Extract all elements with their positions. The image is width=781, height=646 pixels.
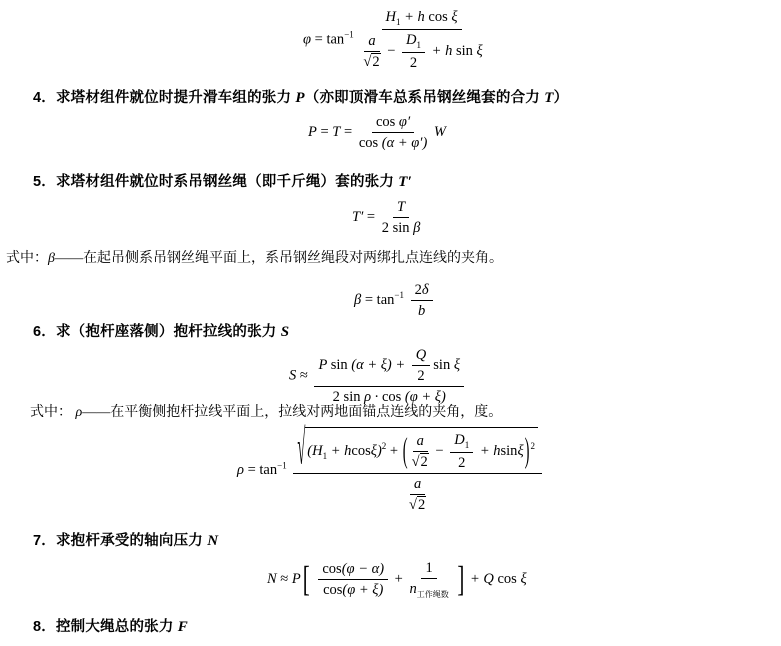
section-heading-5: 5．求塔材组件就位时系吊钢丝绳（即千斤绳）套的张力 T′ [33,170,412,191]
var-D: D [454,432,464,448]
section-heading-6: 6．求（抱杆座落侧）抱杆拉线的张力 S [33,320,289,341]
tan-function: tan [377,292,395,308]
fraction-a-sqrt2: a√2 [409,475,426,514]
sin-function: sin [393,220,414,236]
right-paren: ) [525,430,530,474]
subscript-1: 1 [417,40,422,50]
inverse-exponent: −1 [394,290,404,300]
section-heading-7: 7．求抱杆承受的轴向压力 N [33,529,218,550]
main-fraction: P sin (α + ξ) + Q2sin ξ 2 sin ρ · cos (φ… [314,346,464,406]
document-page: φ = tan−1 H1 + h cos ξ a√2 − D12 + h sin… [0,0,781,646]
heading-text: ） [554,90,569,106]
term: + Q [466,571,497,587]
var-T: T [397,199,405,215]
term: (H [307,443,322,459]
term: (α + ξ) + [351,357,409,373]
denominator: √2 [409,495,426,514]
numerator: Q [412,346,430,366]
var-N: N [267,571,277,587]
left-bracket: [ [303,558,310,601]
cos-function: cos [428,9,447,25]
term: + h [327,443,351,459]
var-xi: ξ) [371,443,382,459]
fraction-Q-2: Q2 [412,346,430,385]
subscript-working-ropes: 工作绳数 [417,590,449,599]
fraction-rope-count: 1 n工作绳数 [409,559,448,600]
var-N: N [207,533,218,549]
denominator: 2 [417,366,424,385]
fraction-cos-cos: cos(φ − α) cos(φ + ξ) [318,560,388,599]
var-a: a [368,33,375,49]
sin-function: sin [501,443,518,459]
inverse-exponent: −1 [277,460,287,470]
formula-p: P = T = cos φ′ cos (α + φ′) W [308,113,446,152]
note-rho: 式中： ρ——在平衡侧抱杆拉线平面上，拉线对两地面锚点连线的夹角，度。 [30,401,502,421]
var-P: P [295,90,304,106]
main-fraction: 2δ b [411,281,433,320]
tan-function: tan [259,462,277,478]
cos-function: cos [351,443,370,459]
note-text: ——在平衡侧抱杆拉线平面上，拉线对两地面锚点连线的夹角，度。 [82,405,502,420]
minus-sign: − [384,43,399,59]
term: + h [428,43,456,59]
radical-symbol: √ [409,497,417,513]
var-beta: β [48,251,55,266]
var-S: S [281,324,290,340]
numerator: cos φ′ [372,113,414,133]
note-text: 式中： [6,251,48,266]
term: + h [400,9,428,25]
var-T-prime: T′ [398,174,412,190]
coefficient: 2 [382,220,393,236]
denominator: a√2 − D12 + h sin ξ [360,30,482,72]
formula-rho: ρ = tan−1 √(H1 + hcosξ)2 + (a√2 − D12 + … [237,427,545,515]
equals-sign: = [311,32,326,48]
numerator: a [410,475,425,495]
numerator: √(H1 + hcosξ)2 + (a√2 − D12 + hsinξ)2 [293,427,542,474]
denominator: n工作绳数 [409,579,448,600]
sin-function: sin [456,43,473,59]
term: + h [476,443,500,459]
equals-sign: = [340,124,355,140]
var-xi: ξ [473,43,483,59]
denominator: cos (α + φ′) [359,133,427,152]
main-fraction: √(H1 + hcosξ)2 + (a√2 − D12 + hsinξ)2 a√… [293,427,542,515]
var-b: b [418,303,425,319]
cos-function: cos [359,135,382,151]
phi-symbol: φ [303,32,311,48]
var-F: F [178,619,188,635]
var-W: W [434,124,446,140]
denominator: √2 [363,52,380,71]
cos-function: cos [323,582,342,598]
var-n: n [409,581,416,597]
denominator: a√2 [406,474,429,514]
heading-text: 8．控制大绳总的张力 [33,619,178,635]
numerator: a [413,432,428,452]
formula-n: N ≈ P[ cos(φ − α) cos(φ + ξ) + 1 n工作绳数 ]… [267,559,527,600]
note-text: ——在起吊侧系吊钢丝绳平面上，系吊钢丝绳段对两绑扎点连线的夹角。 [55,251,503,266]
denominator: 2 [458,453,465,472]
note-beta: 式中：β——在起吊侧系吊钢丝绳平面上，系吊钢丝绳段对两绑扎点连线的夹角。 [6,247,503,267]
radicand: 2 [417,496,426,513]
var-T: T [544,90,553,106]
formula-s: S ≈ P sin (α + ξ) + Q2sin ξ 2 sin ρ · co… [289,346,467,406]
var-a: a [414,476,421,492]
numerator: 2δ [411,281,433,301]
formula-beta: β = tan−1 2δ b [354,281,436,320]
denominator: 2 sin β [382,218,421,237]
fraction-D1-2: D12 [450,431,473,472]
right-bracket: ] [457,558,464,601]
denominator: √2 [412,452,429,471]
radicand: 2 [371,53,380,70]
heading-text: （亦即顶滑车总系吊钢丝绳套的合力 [305,90,544,106]
var-xi: ξ [448,9,458,25]
var-Q: Q [416,347,426,363]
approx-sign: ≈ [296,368,311,384]
numerator: T [393,198,409,218]
denominator: 2 [410,53,417,72]
approx-sign: ≈ [277,571,292,587]
denominator: b [418,301,425,320]
numerator: D1 [450,431,473,453]
equals-sign: = [244,462,259,478]
heading-text: 7．求抱杆承受的轴向压力 [33,533,207,549]
var-P: P [318,357,330,373]
fraction-a-sqrt2: a√2 [412,432,429,471]
sin-function: sin [331,357,352,373]
equals-sign: = [361,292,376,308]
numerator: D1 [402,31,425,53]
numerator: H1 + h cos ξ [382,8,462,30]
coefficient: 2 [415,282,422,298]
formula-phi: φ = tan−1 H1 + h cos ξ a√2 − D12 + h sin… [303,8,486,72]
equals-sign: = [363,209,378,225]
var-T-prime: T′ [352,209,363,225]
cos-function: cos [376,114,399,130]
minus-sign: − [432,443,447,459]
sin-function: sin [433,357,450,373]
var-H: H [386,9,396,25]
numerator: a [364,32,379,52]
section-heading-4: 4．求塔材组件就位时提升滑车组的张力 P（亦即顶滑车总系吊钢丝绳套的合力 T） [33,86,568,107]
main-fraction: H1 + h cos ξ a√2 − D12 + h sin ξ [360,8,482,72]
var-phi-prime: φ′ [399,114,410,130]
var-xi: ξ [450,357,460,373]
section-heading-8: 8．控制大绳总的张力 F [33,615,188,636]
main-fraction: cos φ′ cos (α + φ′) [359,113,427,152]
var-delta: δ [422,282,429,298]
square-exponent: 2 [531,441,536,451]
var-beta: β [413,220,420,236]
var-P: P [292,571,301,587]
tan-function: tan [326,32,344,48]
note-text: 式中： [30,405,76,420]
radical-symbol: √ [297,419,305,481]
fraction-D1-2: D12 [402,31,425,72]
angle-sum: (φ + ξ) [342,582,383,598]
radicand: (H1 + hcosξ)2 + (a√2 − D12 + hsinξ)2 [305,427,538,472]
heading-text: 5．求塔材组件就位时系吊钢丝绳（即千斤绳）套的张力 [33,174,398,190]
var-rho: ρ [237,462,244,478]
plus-sign: + [395,571,407,587]
plus-sign: + [386,443,401,459]
var-xi: ξ [520,571,526,587]
denominator: cos(φ + ξ) [323,580,383,599]
left-paren: ( [403,430,408,474]
equals-sign: = [317,124,332,140]
var-a: a [417,433,424,449]
heading-text: 4．求塔材组件就位时提升滑车组的张力 [33,90,295,106]
radicand: 2 [420,453,429,470]
inverse-exponent: −1 [344,30,354,40]
cos-function: cos [498,571,521,587]
angle-sum: (α + φ′) [382,135,428,151]
angle-diff: (φ − α) [342,561,384,577]
subscript-1: 1 [465,440,470,450]
var-P: P [308,124,317,140]
fraction-a-sqrt2: a√2 [363,32,380,71]
var-xi: ξ [517,443,523,459]
numerator: P sin (α + ξ) + Q2sin ξ [314,346,464,387]
heading-text: 6．求（抱杆座落侧）抱杆拉线的张力 [33,324,281,340]
numerator: 1 [421,559,436,579]
formula-t-prime: T′ = T 2 sin β [352,198,423,237]
main-fraction: T 2 sin β [382,198,421,237]
radical-symbol: √ [412,454,420,470]
var-D: D [406,32,416,48]
numerator: cos(φ − α) [318,560,388,580]
cos-function: cos [322,561,341,577]
